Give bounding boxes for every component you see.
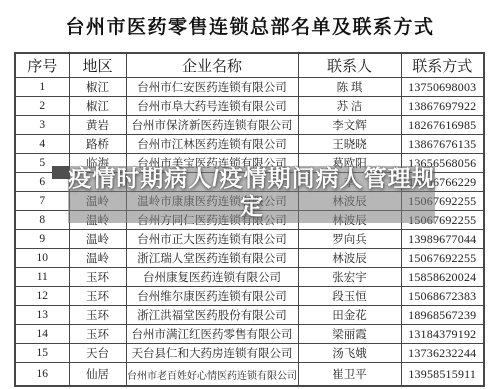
cell-phone: 13867697922 <box>401 97 484 116</box>
cell-contact: 崔卫平 <box>298 363 401 387</box>
cell-region: 临海 <box>69 154 126 173</box>
cell-no: 14 <box>15 325 69 344</box>
cell-region: 路桥 <box>69 135 126 154</box>
cell-company: 台州康复医药连锁有限公司 <box>126 268 298 287</box>
cell-no: 2 <box>15 97 69 116</box>
contact-table: 序号 地区 企业名称 联系人 联系方式 1椒江台州市仁安医药连锁有限公司陈 琪1… <box>14 52 485 387</box>
cell-phone: 13958515911 <box>401 363 484 387</box>
cell-region: 温岭 <box>69 211 126 230</box>
table-row: 10温岭浙江瑞人堂医药连锁有限公司林波辰15067692255 <box>15 249 484 268</box>
cell-contact: 汤飞娥 <box>298 344 401 363</box>
cell-region: 玉环 <box>69 306 126 325</box>
table-header-row: 序号 地区 企业名称 联系人 联系方式 <box>15 53 484 78</box>
cell-no: 13 <box>15 306 69 325</box>
cell-company: 台州市美宝医药连锁有限公司 <box>126 154 298 173</box>
cell-contact: 张宏宇 <box>298 268 401 287</box>
cell-phone: 15067692255 <box>401 211 484 230</box>
table-row: 16仙居台州市老百姓好心情医药连锁有限公司崔卫平13958515911 <box>15 363 484 387</box>
cell-no: 5 <box>15 154 69 173</box>
header-cell-phone: 联系方式 <box>401 53 484 78</box>
cell-contact: 林波辰 <box>298 192 401 211</box>
cell-no: 15 <box>15 344 69 363</box>
table-row: 12玉环台州维尔康医药连锁有限公司段玉恒15068672383 <box>15 287 484 306</box>
cell-contact: 王晓晓 <box>298 135 401 154</box>
cell-no: 16 <box>15 363 69 387</box>
cell-phone: 13184379192 <box>401 325 484 344</box>
table-row: 13玉环浙江洪福堂医药股份有限公司田金花18968567239 <box>15 306 484 325</box>
cell-contact: 陈 琪 <box>298 78 401 97</box>
table-row: 2椒江台州市阜大药号连锁有限公司苏 洁13867697922 <box>15 97 484 116</box>
cell-contact: 苏 洁 <box>298 97 401 116</box>
cell-contact: 林波辰 <box>298 211 401 230</box>
cell-company: 浙江洪福堂医药股份有限公司 <box>126 306 298 325</box>
cell-no: 11 <box>15 268 69 287</box>
cell-no: 8 <box>15 211 69 230</box>
page-title: 台州市医药零售连锁总部名单及联系方式 <box>0 12 500 39</box>
cell-phone: 13906766229 <box>401 173 484 192</box>
cell-contact: 林波辰 <box>298 249 401 268</box>
cell-no: 9 <box>15 230 69 249</box>
table-row: 9温岭台州市正大医药连锁有限公司罗向兵13989677044 <box>15 230 484 249</box>
cell-phone: 13736232244 <box>401 344 484 363</box>
cell-no: 6 <box>15 173 69 192</box>
cell-contact: 罗向兵 <box>298 230 401 249</box>
cell-phone: 15067692255 <box>401 249 484 268</box>
cell-region: 温岭 <box>69 249 126 268</box>
cell-phone: 13750698003 <box>401 78 484 97</box>
cell-company: 台州市满江红医药零售有限公司 <box>126 325 298 344</box>
cell-no: 7 <box>15 192 69 211</box>
cell-company: 天台县仁和大药房连锁有限公司 <box>126 344 298 363</box>
table-row: 1椒江台州市仁安医药连锁有限公司陈 琪13750698003 <box>15 78 484 97</box>
table-row: 5临海台州市美宝医药连锁有限公司葛欧阳13656568056 <box>15 154 484 173</box>
cell-contact: 田金花 <box>298 306 401 325</box>
cell-no: 12 <box>15 287 69 306</box>
cell-region: 玉环 <box>69 287 126 306</box>
cell-contact: 段玉恒 <box>298 287 401 306</box>
cell-company: 台州市江林医药连锁有限公司 <box>126 135 298 154</box>
table-row: 11玉环台州康复医药连锁有限公司张宏宇15858620024 <box>15 268 484 287</box>
cell-no: 4 <box>15 135 69 154</box>
cell-region: 温岭 <box>69 192 126 211</box>
cell-company: 台州市保济新医药连锁有限公司 <box>126 116 298 135</box>
cell-region: 玉环 <box>69 268 126 287</box>
table-row: 15天台天台县仁和大药房连锁有限公司汤飞娥13736232244 <box>15 344 484 363</box>
cell-phone: 13989677044 <box>401 230 484 249</box>
cell-no: 1 <box>15 78 69 97</box>
cell-contact: 葛欧阳 <box>298 154 401 173</box>
table-row: 4路桥台州市江林医药连锁有限公司王晓晓13867676135 <box>15 135 484 154</box>
cell-region: 仙居 <box>69 363 126 387</box>
cell-company: 台州市仁安医药连锁有限公司 <box>126 78 298 97</box>
cell-contact: 李文辉 <box>298 116 401 135</box>
cell-region: 黄岩 <box>69 116 126 135</box>
cell-region: 玉环 <box>69 325 126 344</box>
cell-phone: 18968567239 <box>401 306 484 325</box>
header-cell-no: 序号 <box>15 53 69 78</box>
cell-phone: 15068672383 <box>401 287 484 306</box>
cell-no: 10 <box>15 249 69 268</box>
cell-region: 温岭 <box>69 230 126 249</box>
header-cell-region: 地区 <box>69 53 126 78</box>
document-page: 台州市医药零售连锁总部名单及联系方式 序号 地区 企业名称 联系人 联系方式 1… <box>0 0 500 389</box>
table-row: 3黄岩台州市保济新医药连锁有限公司李文辉18267616985 <box>15 116 484 135</box>
table-body: 1椒江台州市仁安医药连锁有限公司陈 琪137506980032椒江台州市阜大药号… <box>15 78 484 387</box>
cell-region: 椒江 <box>69 97 126 116</box>
cell-company: 台州市老百姓好心情医药连锁有限公司 <box>126 363 298 387</box>
cell-company: 台州市正大医药连锁有限公司 <box>126 230 298 249</box>
cell-phone: 13656568056 <box>401 154 484 173</box>
table-row: 7温岭温岭市康康医药连锁有限公司林波辰15067692255 <box>15 192 484 211</box>
cell-phone: 15067692255 <box>401 192 484 211</box>
cell-no: 3 <box>15 116 69 135</box>
cell-contact: 梁丽霞 <box>298 325 401 344</box>
cell-region: 椒江 <box>69 78 126 97</box>
header-cell-contact: 联系人 <box>298 53 401 78</box>
table-row: 14玉环台州市满江红医药零售有限公司梁丽霞13184379192 <box>15 325 484 344</box>
cell-company: 台州市阜大药号连锁有限公司 <box>126 97 298 116</box>
cell-contact: 李 <box>298 173 401 192</box>
cell-region <box>69 173 126 192</box>
table-row: 6李13906766229 <box>15 173 484 192</box>
cell-phone: 15858620024 <box>401 268 484 287</box>
table-row: 8温岭台州方同仁医药连锁有限公司林波辰15067692255 <box>15 211 484 230</box>
cell-company: 浙江瑞人堂医药连锁有限公司 <box>126 249 298 268</box>
cell-region: 天台 <box>69 344 126 363</box>
cell-company: 温岭市康康医药连锁有限公司 <box>126 192 298 211</box>
cell-company: 台州方同仁医药连锁有限公司 <box>126 211 298 230</box>
header-cell-company: 企业名称 <box>126 53 298 78</box>
cell-company: 台州维尔康医药连锁有限公司 <box>126 287 298 306</box>
cell-phone: 13867676135 <box>401 135 484 154</box>
cell-company <box>126 173 298 192</box>
cell-phone: 18267616985 <box>401 116 484 135</box>
